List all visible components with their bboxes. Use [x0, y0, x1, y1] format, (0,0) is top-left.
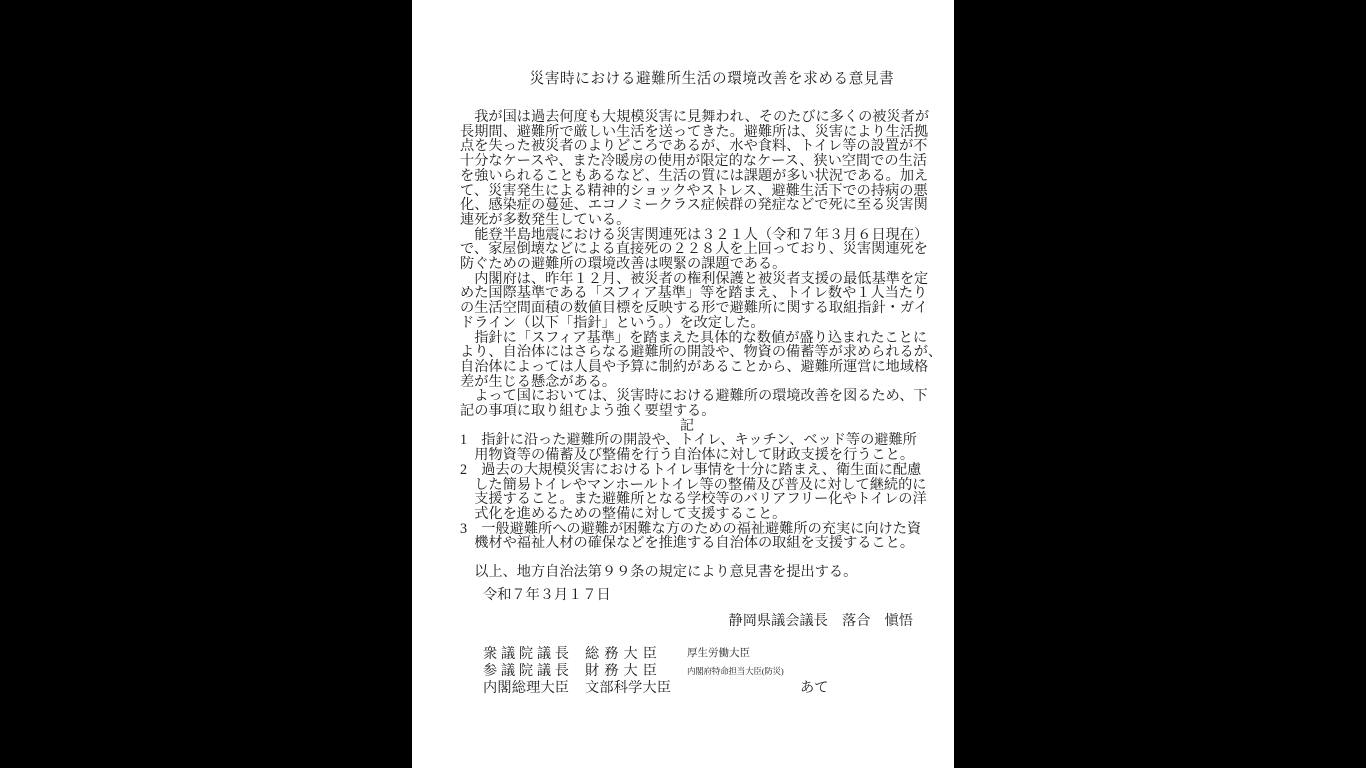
closing-statement: 以上、地方自治法第９９条の規定により意見書を提出する。: [460, 565, 930, 580]
request-item-2: 2 過去の大規模災害におけるトイレ事情を十分に踏まえ、衛生面に配慮 した簡易トイ…: [460, 463, 930, 522]
document-line: 連死が多数発生している。: [460, 213, 930, 228]
recipient-row: 内閣総理大臣 文部科学大臣 あて: [483, 680, 930, 697]
paragraph-4: 指針に「スフィア基準」を踏まえた具体的な数値が盛り込まれたことに より、自治体に…: [460, 331, 930, 390]
document-line: よって国においては、災害時における避難所の環境改善を図るため、下: [460, 389, 930, 404]
addressee-suffix: あて: [800, 680, 828, 697]
document-line: より、自治体にはさらなる避難所の開設や、物資の備蓄等が求められるが、: [460, 345, 930, 360]
recipients-table: 衆議院議長 総務大臣 厚生労働大臣 参議院議長 財務大臣 内閣府特命担当大臣(防…: [483, 646, 930, 696]
document-line: 記の事項に取り組むよう強く要望する。: [460, 404, 930, 419]
document-line: 機材や福祉人材の確保などを推進する自治体の取組を支援すること。: [460, 536, 930, 551]
recipient-row: 参議院議長 財務大臣 内閣府特命担当大臣(防災): [483, 663, 930, 680]
paragraph-1: 我が国は過去何度も大規模災害に見舞われ、そのたびに多くの被災者が 長期間、避難所…: [460, 110, 930, 228]
document-line: 1 指針に沿った避難所の開設や、トイレ、キッチン、ベッド等の避難所: [460, 433, 930, 448]
document-line: 点を失った被災者のよりどころであるが、水や食料、トイレ等の設置が不: [460, 139, 930, 154]
recipient-name: 内閣府特命担当大臣(防災): [687, 663, 784, 680]
document-line: 式化を進めるための整備に対して支援すること。: [460, 507, 930, 522]
document-line: 2 過去の大規模災害におけるトイレ事情を十分に踏まえ、衛生面に配慮: [460, 463, 930, 478]
recipient-name: 参議院議長: [483, 663, 569, 680]
recipient-name: 財務大臣: [585, 663, 657, 680]
document-line: 我が国は過去何度も大規模災害に見舞われ、そのたびに多くの被災者が: [460, 110, 930, 125]
document-page: 災害時における避難所生活の環境改善を求める意見書 我が国は過去何度も大規模災害に…: [412, 0, 954, 768]
document-line: 支援すること。また避難所となる学校等のバリアフリー化やトイレの洋: [460, 492, 930, 507]
recipient-name: 衆議院議長: [483, 646, 569, 663]
paragraph-3: 内閣府は、昨年１２月、被災者の権利保護と被災者支援の最低基準を定 めた国際基準で…: [460, 272, 930, 331]
recipient-name: 内閣総理大臣: [483, 680, 569, 697]
paragraph-5: よって国においては、災害時における避難所の環境改善を図るため、下 記の事項に取り…: [460, 389, 930, 418]
document-line: 十分なケースや、また冷暖房の使用が限定的なケース、狭い空間での生活: [460, 154, 930, 169]
request-item-3: 3 一般避難所への避難が困難な方のための福祉避難所の充実に向けた資 機材や福祉人…: [460, 522, 930, 551]
paragraph-2: 能登半島地震における災害関連死は３２１人（令和７年３月６日現在） で、家屋倒壊な…: [460, 228, 930, 272]
document-line: 自治体によっては人員や予算に制約があることから、避難所運営に地域格: [460, 360, 930, 375]
document-line: で、家屋倒壊などによる直接死の２２８人を上回っており、災害関連死を: [460, 242, 930, 257]
document-line: ドライン（以下「指針」という。）を改定した。: [460, 316, 930, 331]
section-marker-ki: 記: [452, 419, 922, 434]
document-line: めた国際基準である「スフィア基準」等を踏まえ、トイレ数や１人当たり: [460, 286, 930, 301]
document-line: 化、感染症の蔓延、エコノミークラス症候群の発症などで死に至る災害関: [460, 198, 930, 213]
recipient-row: 衆議院議長 総務大臣 厚生労働大臣: [483, 646, 930, 663]
date-line: 令和７年３月１７日: [460, 588, 930, 603]
document-line: て、災害発生による精神的ショックやストレス、避難生活下での持病の悪: [460, 184, 930, 199]
recipient-name: 文部科学大臣: [585, 680, 671, 697]
document-line: 防ぐための避難所の環境改善は喫緊の課題である。: [460, 257, 930, 272]
signature-line: 静岡県議会議長 落合 愼悟: [460, 614, 930, 629]
recipient-name: 総務大臣: [585, 646, 657, 663]
document-line: を強いられることもあるなど、生活の質には課題が多い状況である。加え: [460, 169, 930, 184]
request-item-1: 1 指針に沿った避難所の開設や、トイレ、キッチン、ベッド等の避難所 用物資等の備…: [460, 433, 930, 462]
document-line: 用物資等の備蓄及び整備を行う自治体に対して財政支援を行うこと。: [460, 448, 930, 463]
recipient-name: 厚生労働大臣: [687, 646, 750, 663]
document-line: の生活空間面積の数値目標を反映する形で避難所に関する取組指針・ガイ: [460, 301, 930, 316]
document-title: 災害時における避難所生活の環境改善を求める意見書: [477, 72, 947, 87]
viewer-background: 災害時における避難所生活の環境改善を求める意見書 我が国は過去何度も大規模災害に…: [0, 0, 1366, 768]
